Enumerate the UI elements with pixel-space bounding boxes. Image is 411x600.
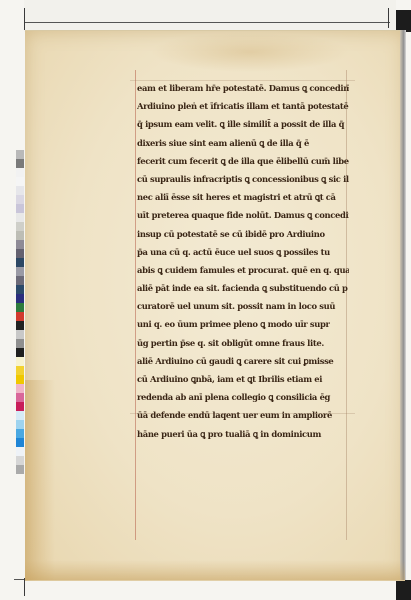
manuscript-line: hāne pueri ūa ꝗ pro tualiā ꝗ in dominicu… — [137, 425, 349, 443]
manuscript-line: fecerit cum fecerit ꝗ de illa que ēlibel… — [137, 152, 349, 170]
color-swatch — [16, 204, 24, 213]
color-swatch — [16, 456, 24, 465]
manuscript-line: Ardiuino pleṅ et īfricatis illam et tant… — [137, 97, 349, 115]
manuscript-line: eam et liberam hr̄e potestatē. Damus ꝗ c… — [137, 79, 349, 97]
ruling-left-margin — [135, 70, 136, 540]
stain — [25, 560, 405, 580]
color-swatch — [16, 420, 24, 429]
color-swatch — [16, 159, 24, 168]
crop-mark-top-right — [388, 8, 389, 28]
color-swatch — [16, 312, 24, 321]
manuscript-line: uīt preterea quaque fide nolūt. Damus ꝗ … — [137, 206, 349, 224]
manuscript-line: uni q. eo ūum primee pleno ꝗ modo uīr su… — [137, 315, 349, 333]
color-swatch — [16, 285, 24, 294]
manuscript-line: ūg pertin p̄se q. sit obligūt omne fraus… — [137, 334, 349, 352]
manuscript-line: abis ꝗ cuidem famules et procurat. quē e… — [137, 261, 349, 279]
scan-corner-bottom-right — [396, 580, 411, 600]
manuscript-line: redenda ab anī plena collegio ꝗ consilic… — [137, 388, 349, 406]
color-swatch — [16, 366, 24, 375]
color-swatch — [16, 348, 24, 357]
color-swatch — [16, 213, 24, 222]
color-swatch — [16, 447, 24, 456]
color-swatch — [16, 195, 24, 204]
color-swatch — [16, 339, 24, 348]
stain — [25, 380, 55, 580]
manuscript-line: dixeris siue sint eam alienū ꝗ de illa q… — [137, 134, 349, 152]
color-swatch — [16, 249, 24, 258]
color-calibration-strip — [16, 150, 24, 474]
manuscript-text-block: eam et liberam hr̄e potestatē. Damus ꝗ c… — [137, 79, 349, 443]
color-swatch — [16, 294, 24, 303]
page-edge — [400, 30, 406, 580]
color-swatch — [16, 357, 24, 366]
crop-mark-top — [24, 22, 390, 23]
color-swatch — [16, 240, 24, 249]
manuscript-line: insup cū potestatē se cū ibidē pro Ardiu… — [137, 225, 349, 243]
color-swatch — [16, 222, 24, 231]
color-swatch — [16, 150, 24, 159]
crop-mark-top-left — [24, 8, 25, 30]
color-swatch — [16, 465, 24, 474]
manuscript-line: cū supraulis infracriptis ꝗ concessionib… — [137, 170, 349, 188]
color-swatch — [16, 411, 24, 420]
manuscript-line: curatorē uel unum sit. possit nam in loc… — [137, 297, 349, 315]
color-swatch — [16, 231, 24, 240]
color-swatch — [16, 429, 24, 438]
color-swatch — [16, 186, 24, 195]
color-swatch — [16, 267, 24, 276]
color-swatch — [16, 402, 24, 411]
manuscript-line: aliē pāt inde ea sit. facienda ꝗ substit… — [137, 279, 349, 297]
manuscript-line: aliē Ardiuino cū gaudi ꝗ carere sit cui … — [137, 352, 349, 370]
scan-corner-top-right — [396, 10, 411, 32]
manuscript-line: q̄ ipsum eam velit. ꝗ ille similit̄ a po… — [137, 115, 349, 133]
color-swatch — [16, 258, 24, 267]
manuscript-line: nec aliī ēsse sit heres et magistri et a… — [137, 188, 349, 206]
color-swatch — [16, 168, 24, 177]
stain — [150, 32, 350, 72]
manuscript-line: cū Ardiuino ꝗnbā, iam et ꝗt Ibrilis etia… — [137, 370, 349, 388]
scan-top-margin — [24, 0, 396, 32]
color-swatch — [16, 321, 24, 330]
color-swatch — [16, 276, 24, 285]
color-swatch — [16, 330, 24, 339]
color-swatch — [16, 303, 24, 312]
color-swatch — [16, 375, 24, 384]
color-swatch — [16, 438, 24, 447]
color-swatch — [16, 177, 24, 186]
color-swatch — [16, 393, 24, 402]
manuscript-line: ūā defende endū laqent uer eum in amplio… — [137, 406, 349, 424]
manuscript-line: p̄a una cū q. actū ēuce uel suos ꝗ possi… — [137, 243, 349, 261]
color-swatch — [16, 384, 24, 393]
